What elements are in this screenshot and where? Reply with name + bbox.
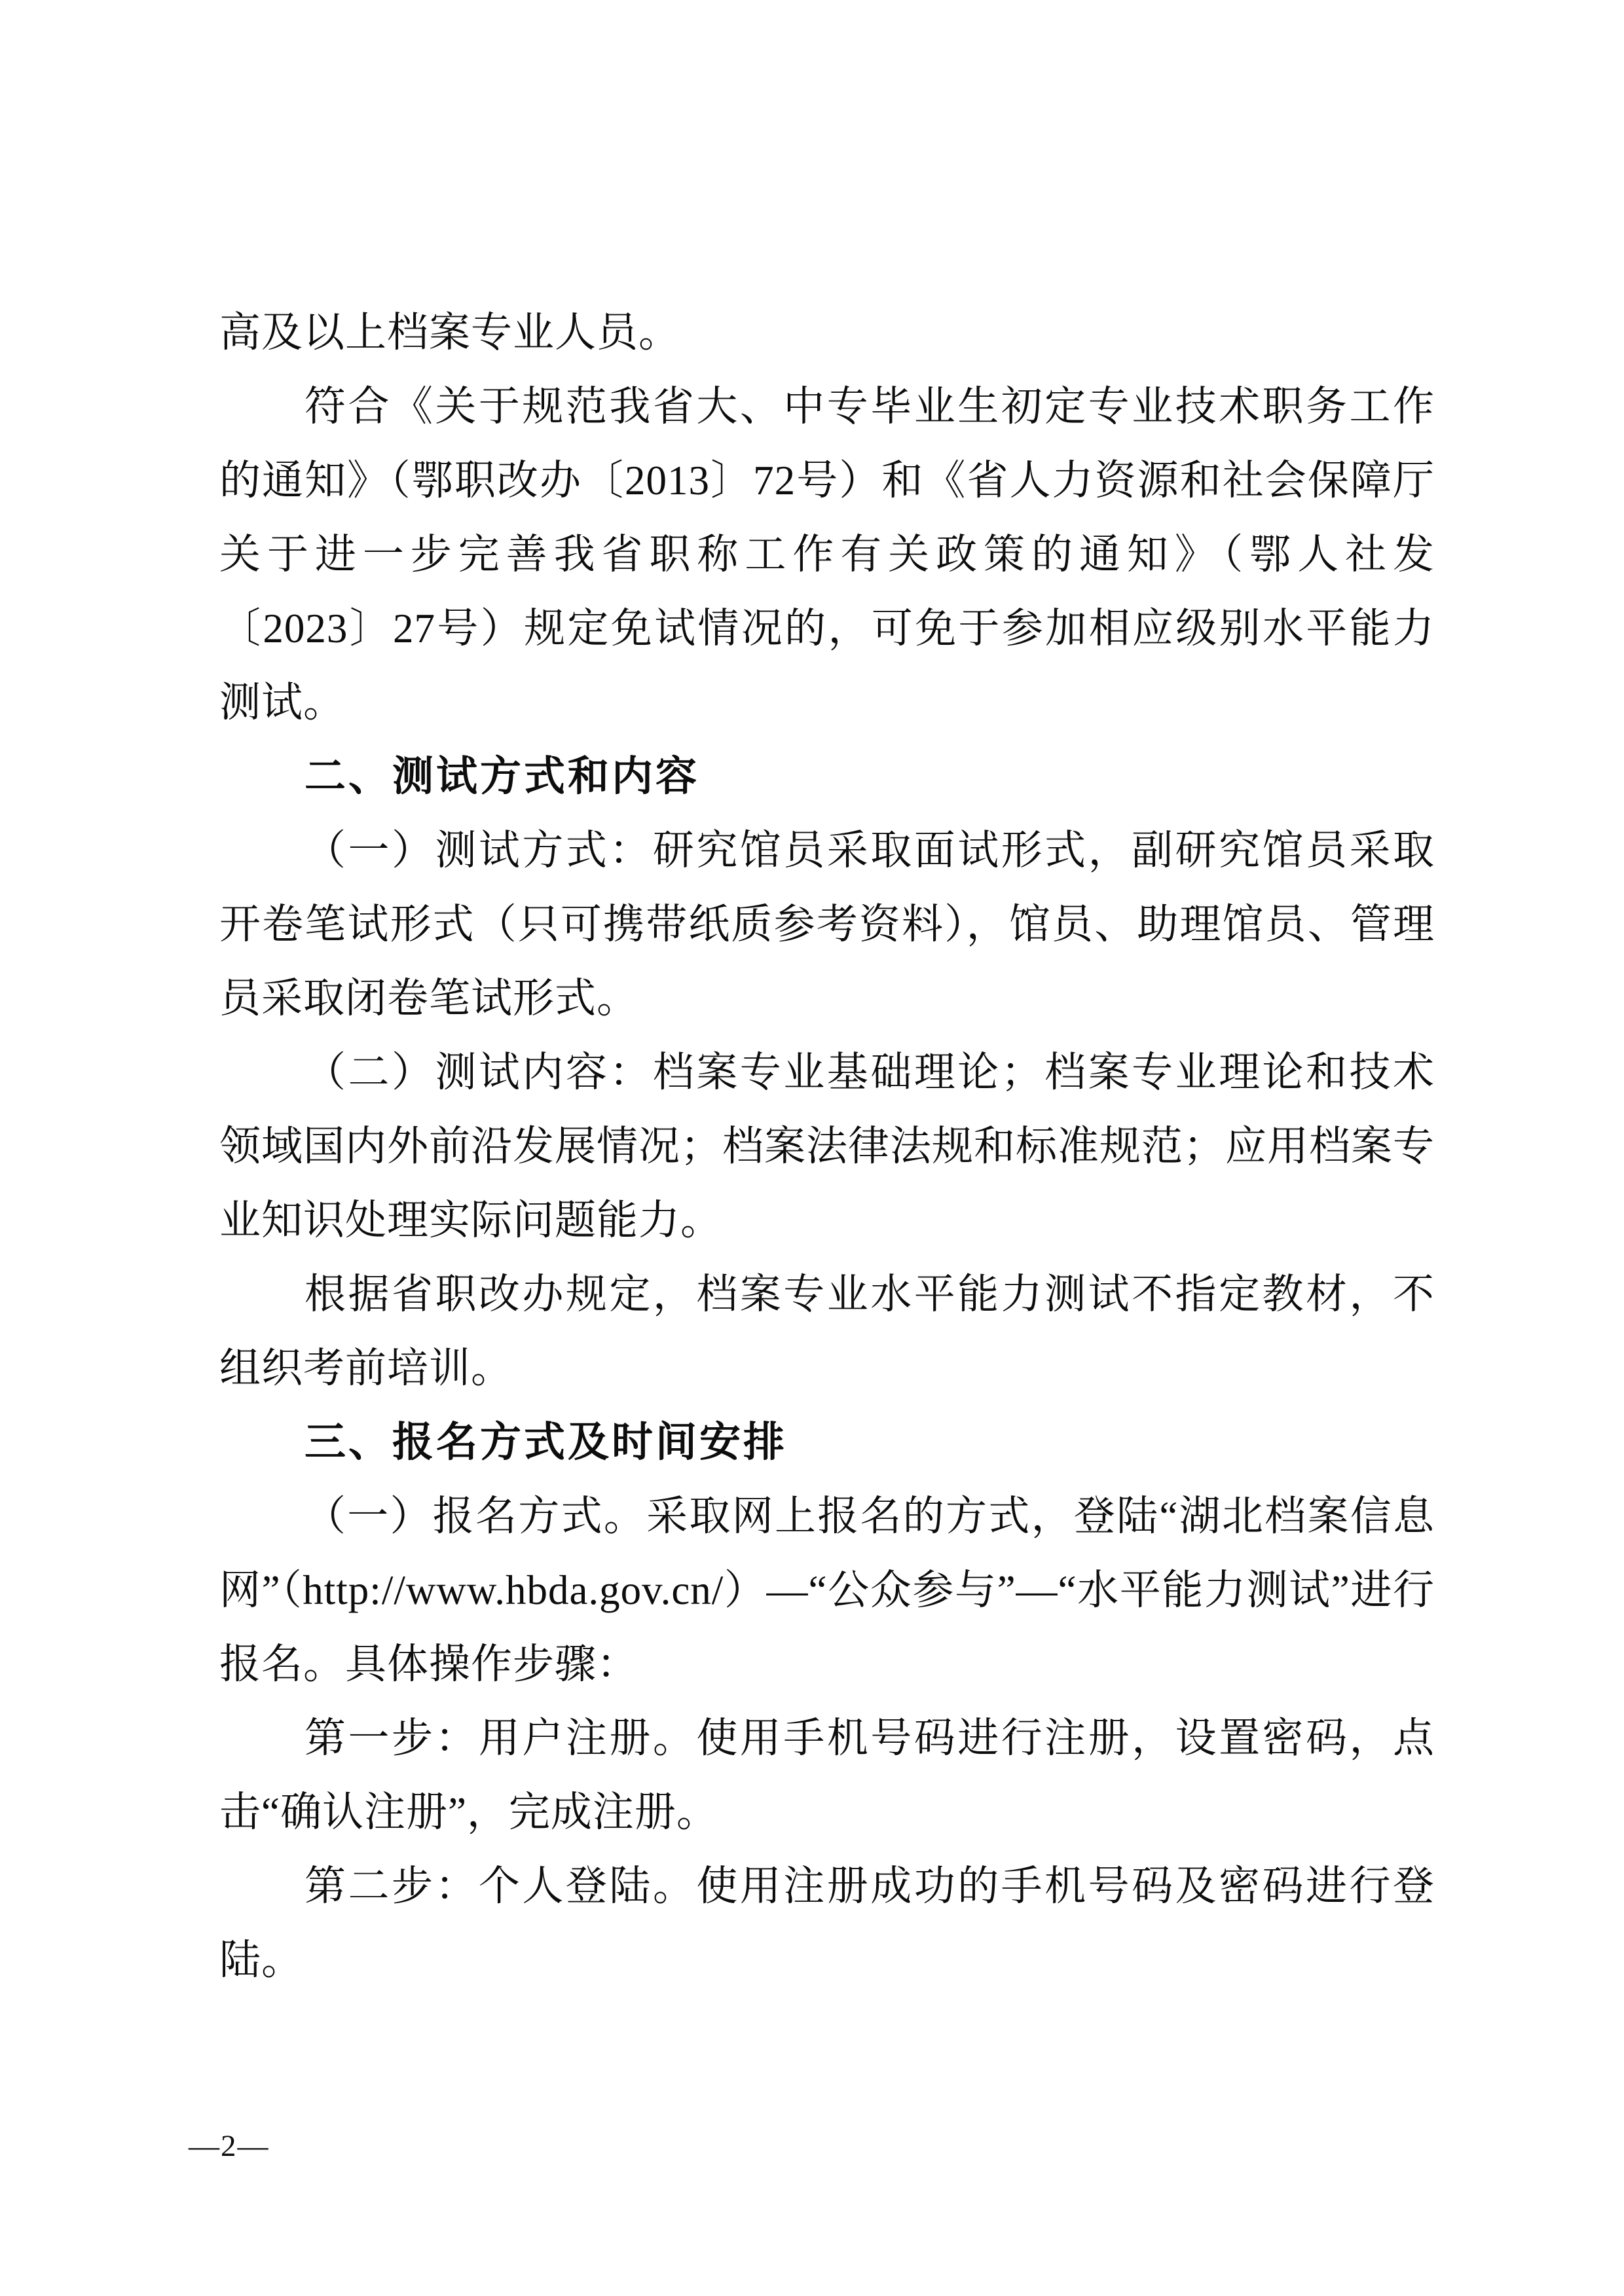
paragraph: 根据省职改办规定，档案专业水平能力测试不指定教材，不组织考前培训。 [219,1258,1435,1406]
paragraph: 第一步：用户注册。使用手机号码进行注册，设置密码，点击“确认注册”，完成注册。 [219,1702,1435,1850]
document-page: 高及以上档案专业人员。符合《关于规范我省大、中专毕业生初定专业技术职务工作的通知… [0,0,1624,2296]
section-heading: 二、测试方式和内容 [219,740,1435,814]
paragraph: 第二步：个人登陆。使用注册成功的手机号码及密码进行登陆。 [219,1850,1435,1997]
paragraph: （二）测试内容：档案专业基础理论；档案专业理论和技术领域国内外前沿发展情况；档案… [219,1036,1435,1258]
section-heading: 三、报名方式及时间安排 [219,1406,1435,1480]
document-body: 高及以上档案专业人员。符合《关于规范我省大、中专毕业生初定专业技术职务工作的通知… [219,296,1435,1997]
paragraph: （一）测试方式：研究馆员采取面试形式，副研究馆员采取开卷笔试形式（只可携带纸质参… [219,814,1435,1036]
paragraph: 符合《关于规范我省大、中专毕业生初定专业技术职务工作的通知》（鄂职改办〔2013… [219,370,1435,740]
paragraph: 高及以上档案专业人员。 [219,296,1435,370]
paragraph: （一）报名方式。采取网上报名的方式，登陆“湖北档案信息网”（http://www… [219,1480,1435,1702]
page-number: —2— [189,2126,270,2166]
